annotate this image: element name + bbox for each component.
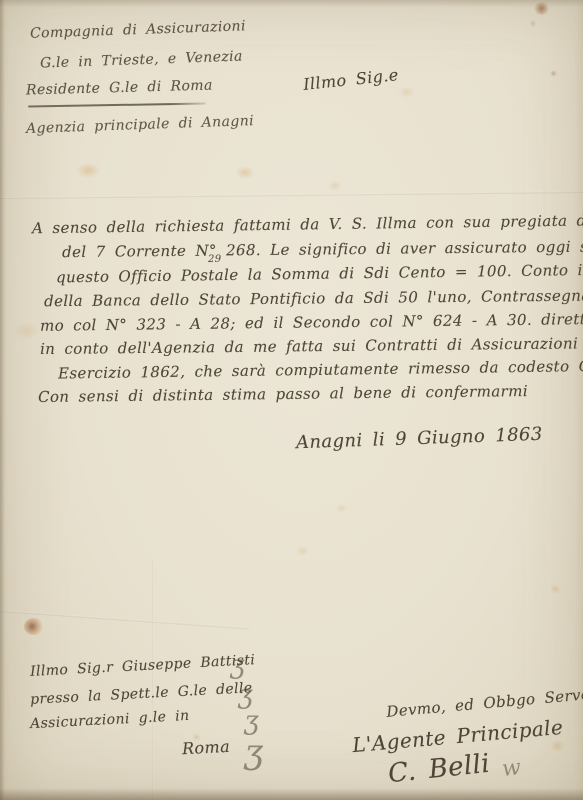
signature: C. Belli bbox=[387, 749, 492, 790]
body-line: in conto dell'Agenzia da me fatta sui Co… bbox=[40, 334, 583, 358]
letterhead-line-company: Compagnia di Assicurazioni bbox=[30, 18, 246, 42]
body-line: mo col N° 323 - A 28; ed il Secondo col … bbox=[40, 309, 583, 335]
greeting-line: Illmo Sig.e bbox=[302, 65, 399, 94]
body-line: Con sensi di distinta stima passo al ben… bbox=[38, 382, 528, 406]
address-flourish-mark: ʒ bbox=[244, 732, 263, 772]
stain bbox=[14, 322, 40, 340]
letter-page: Compagnia di Assicurazioni G.le in Tries… bbox=[0, 0, 583, 800]
closing-line: L'Agente Principale bbox=[351, 715, 564, 757]
signature-flourish-mark: w bbox=[501, 755, 522, 782]
body-line: del 7 Corrente N° 268. Le significo di a… bbox=[62, 237, 583, 261]
stain bbox=[550, 584, 561, 594]
fold-crease-bottom bbox=[0, 610, 249, 629]
address-line-city: Roma bbox=[182, 737, 231, 758]
fold-crease-vertical bbox=[152, 560, 154, 800]
stain bbox=[550, 70, 557, 77]
body-line: A senso della richiesta fattami da V. S.… bbox=[32, 211, 583, 238]
body-line: Esercizio 1862, che sarà compiutamente r… bbox=[58, 356, 583, 383]
stain bbox=[296, 546, 309, 556]
address-line: presso la Spett.le G.le delle bbox=[30, 680, 253, 708]
interline-note: 29 bbox=[208, 254, 222, 265]
paper-edge-shade-left bbox=[0, 0, 5, 800]
body-line: della Banca dello Stato Pontificio da Sd… bbox=[44, 286, 583, 310]
address-line: Illmo Sig.r Giuseppe Battisti bbox=[30, 652, 256, 680]
letterhead-line-cities: G.le in Trieste, e Venezia bbox=[40, 48, 243, 71]
paper-edge-shade-top bbox=[0, 0, 583, 7]
fold-crease-top bbox=[0, 191, 583, 199]
address-flourish-mark: ʒ bbox=[230, 650, 245, 680]
stain bbox=[398, 86, 415, 98]
stain bbox=[336, 504, 347, 513]
letterhead-rule bbox=[28, 102, 206, 107]
address-line: Assicurazioni g.le in bbox=[30, 708, 190, 732]
paper-edge-shade-bottom bbox=[0, 788, 583, 800]
stain bbox=[236, 166, 254, 179]
stain bbox=[550, 740, 565, 752]
stain bbox=[24, 618, 44, 635]
body-line: questo Officio Postale la Somma di Sdi C… bbox=[56, 260, 583, 287]
stain bbox=[529, 20, 537, 27]
stain bbox=[76, 163, 100, 178]
letterhead-line-residence: Residente G.le di Roma bbox=[26, 78, 213, 99]
dateline: Anagni li 9 Giugno 1863 bbox=[296, 424, 543, 454]
letterhead-agency-line: Agenzia principale di Anagni bbox=[26, 113, 254, 137]
stain bbox=[328, 180, 342, 191]
stain bbox=[534, 2, 549, 15]
